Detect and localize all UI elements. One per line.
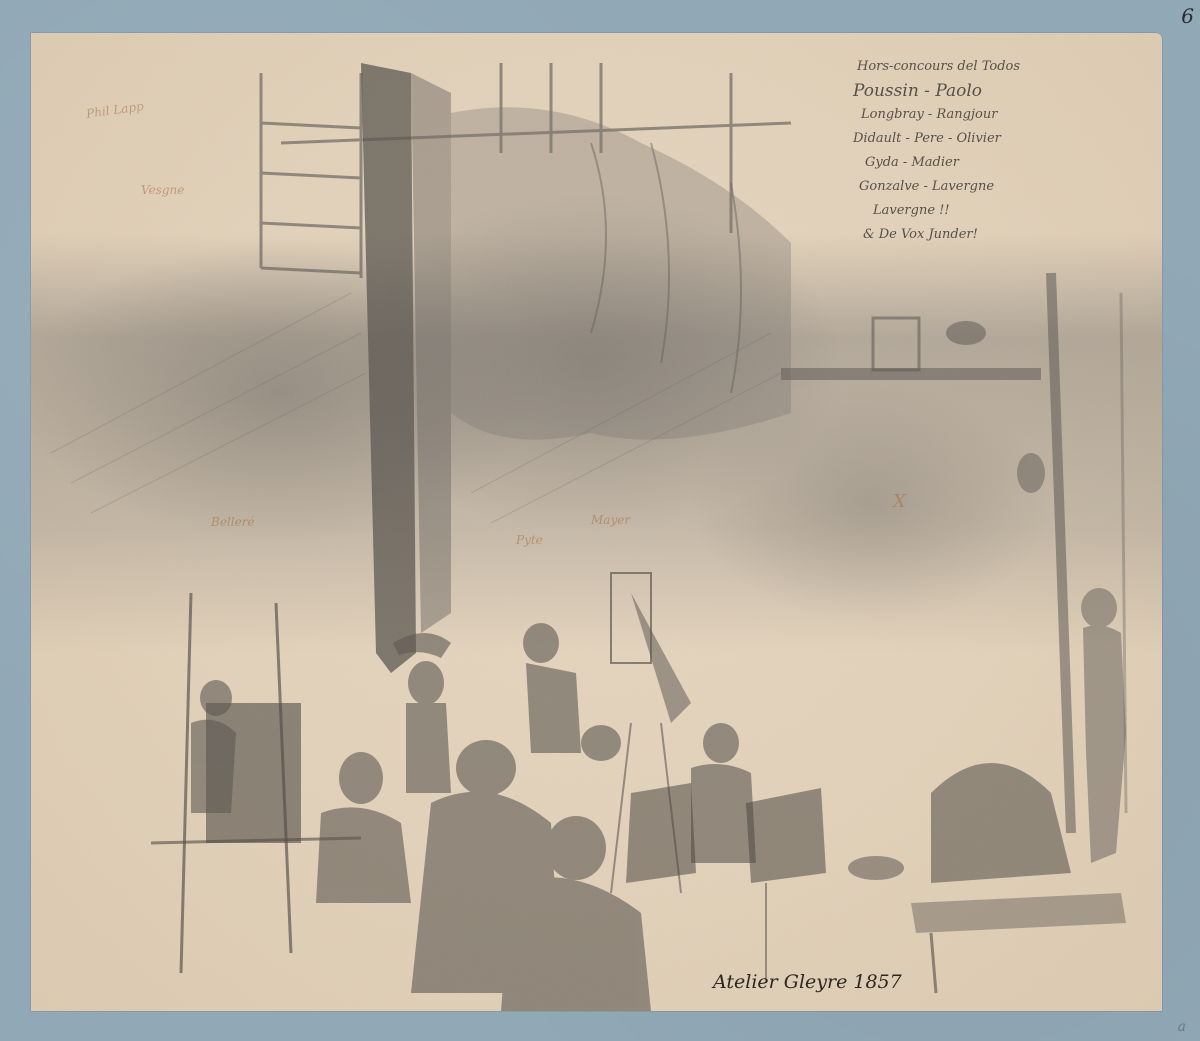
names-line: Gyda - Madier bbox=[865, 151, 1033, 175]
drawing-sheet: Hors-concours del Todos Poussin - Paolo … bbox=[31, 33, 1162, 1011]
page-number: 6 bbox=[1181, 4, 1194, 28]
names-line: Lavergne !! bbox=[873, 199, 1033, 223]
names-inscription: Hors-concours del Todos Poussin - Paolo … bbox=[853, 55, 1033, 247]
names-line: Longbray - Rangjour bbox=[861, 103, 1033, 127]
corner-mark: a bbox=[1178, 1019, 1186, 1035]
faint-note: Pyte bbox=[516, 533, 543, 547]
faint-note: Mayer bbox=[591, 513, 630, 527]
names-line: & De Vox Junder! bbox=[863, 223, 1033, 247]
faint-note: Vesgne bbox=[141, 183, 184, 197]
signature-inscription: Atelier Gleyre 1857 bbox=[713, 971, 902, 993]
faint-note: Belleré bbox=[211, 515, 255, 529]
names-line: Poussin - Paolo bbox=[853, 79, 1033, 103]
names-line: Hors-concours del Todos bbox=[857, 55, 1033, 79]
faint-note: X bbox=[893, 491, 906, 512]
names-line: Gonzalve - Lavergne bbox=[859, 175, 1033, 199]
names-line: Didault - Pere - Olivier bbox=[853, 127, 1033, 151]
